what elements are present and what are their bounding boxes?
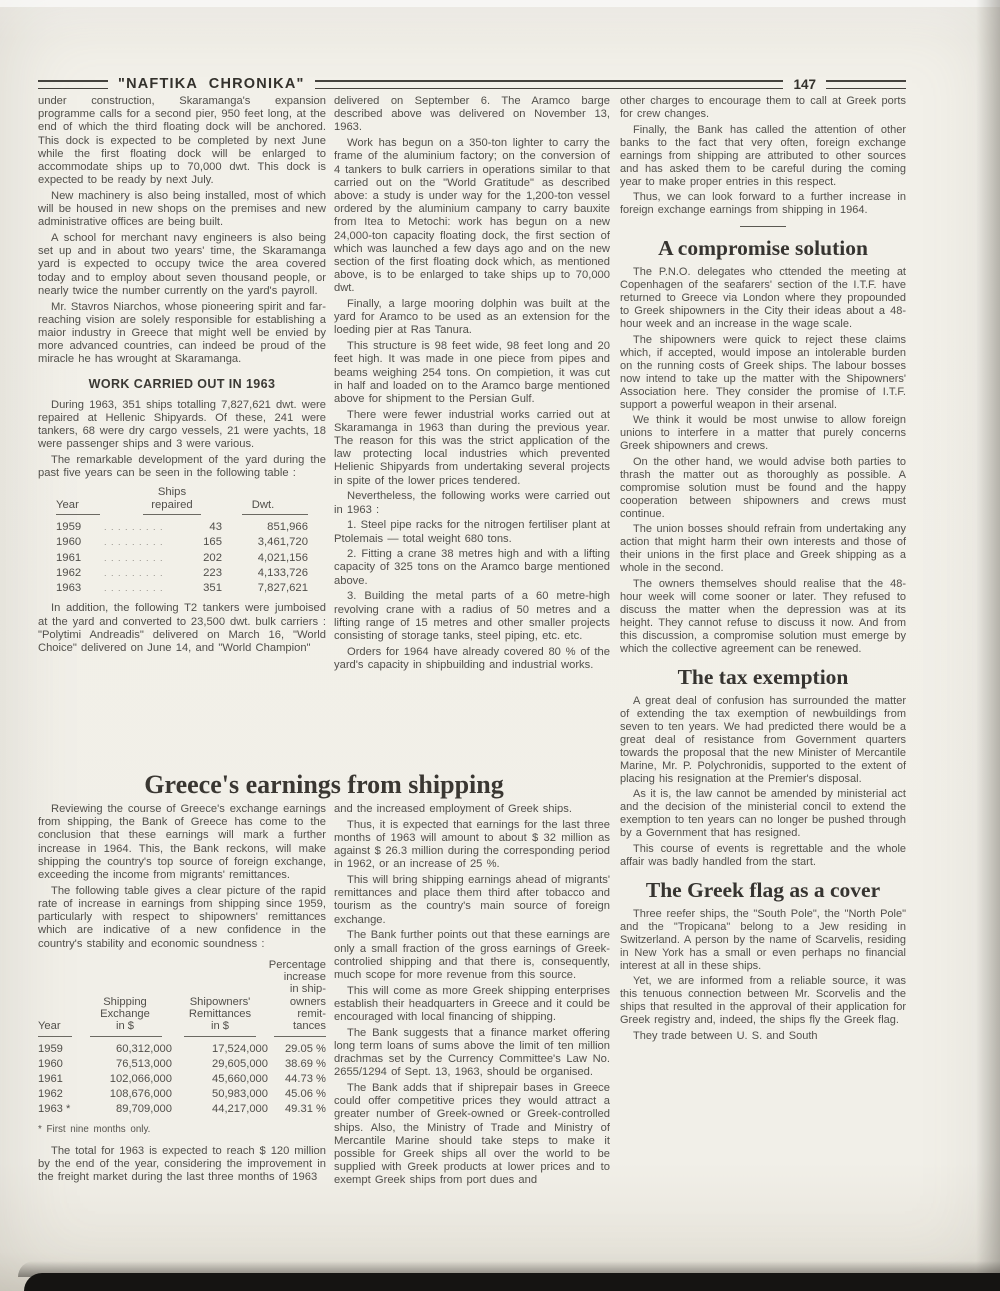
dot-leader: . . . . . . . . . [104,551,186,566]
year-cell: 1960 [38,1057,82,1072]
paragraph: In addition, the following T2 tankers we… [38,602,326,655]
dot-leader: . . . . . . . . . [104,566,186,581]
remittances-cell: 44,217,000 [172,1102,268,1117]
paragraph: other charges to encourage them to call … [620,95,906,121]
paragraph: and the increased employment of Greek sh… [334,803,610,816]
ships-repaired-table: Year Ships repaired Dwt. 1959 . . . . . … [56,486,308,596]
table-row: 1960 . . . . . . . . . 165 3,461,720 [56,535,308,550]
paragraph: This structure is 98 feet wide, 98 feet … [334,340,610,406]
headline-tax-exemption: The tax exemption [620,665,906,690]
paragraph: This course of events is regrettable and… [620,843,906,869]
year-header: Year [38,1020,78,1032]
paragraph: The Bank further points out that these e… [334,929,610,982]
remittances-header: Shipowners' Remittances in $ [172,996,268,1033]
year-header: Year [56,499,126,512]
year-cell: 1962 [38,1087,82,1102]
paragraph: This will bring shipping earnings ahead … [334,874,610,927]
paragraph: The Bank adds that if shiprepair bases i… [334,1082,610,1188]
year-cell: 1963 [56,581,104,596]
remittances-cell: 29,605,000 [172,1057,268,1072]
table-row: 1961 . . . . . . . . . 202 4,021,156 [56,551,308,566]
shipping-cell: 89,709,000 [82,1102,172,1117]
paragraph: Orders for 1964 have already covered 80 … [334,646,610,672]
dot-leader: . . . . . . . . . [104,581,186,596]
scanned-magazine-page: "NAFTIKA CHRONIKA" 147 under constructio… [0,0,1000,1291]
shipping-cell: 76,513,000 [82,1057,172,1072]
paragraph: The remarkable development of the yard d… [38,454,326,480]
dwt-cell: 3,461,720 [222,535,308,550]
shipping-cell: 60,312,000 [82,1042,172,1057]
section-divider-rule [740,226,786,227]
ships-repaired-header: Ships repaired [126,486,218,511]
section-heading-work-1963: WORK CARRIED OUT IN 1963 [38,377,326,391]
ships-cell: 223 [186,566,222,581]
paragraph: Reviewing the course of Greece's exchang… [38,803,326,882]
paragraph: Nevertheless, the following works were c… [334,490,610,516]
dot-leader: . . . . . . . . . [104,520,186,535]
year-cell: 1959 [38,1042,82,1057]
percentage-cell: 38.69 % [268,1057,326,1072]
journal-title: "NAFTIKA CHRONIKA" [118,76,305,92]
paragraph: Thus, we can look forward to a further i… [620,191,906,217]
remittances-cell: 45,660,000 [172,1072,268,1087]
percentage-cell: 49.31 % [268,1102,326,1117]
paragraph: New machinery is also being installed, m… [38,190,326,230]
paragraph: The shipowners were quick to reject thes… [620,334,906,412]
year-cell: 1962 [56,566,104,581]
table-row: 1962 . . . . . . . . . 223 4,133,726 [56,566,308,581]
table-footnote: * First nine months only. [38,1124,326,1135]
table-row: 1960 76,513,000 29,605,000 38.69 % [38,1057,326,1072]
page-number: 147 [793,77,816,92]
paragraph: On the other hand, we would advise both … [620,456,906,521]
table-row: 1963 * 89,709,000 44,217,000 49.31 % [38,1102,326,1117]
page-header: "NAFTIKA CHRONIKA" 147 [38,76,906,92]
table-header-row: Year Ships repaired Dwt. [56,486,308,511]
paragraph: The following table gives a clear pictur… [38,885,326,951]
paragraph: delivered on September 6. The Aramco bar… [334,95,610,135]
paragraph: Yet, we are informed from a reliable sou… [620,975,906,1027]
paragraph: Finally, a large mooring dolphin was bui… [334,298,610,338]
year-cell: 1963 * [38,1102,82,1117]
table-header-row: Year Shipping Exchange in $ Shipowners' … [38,959,326,1033]
paragraph: 2. Fitting a crane 38 metres high and wi… [334,548,610,588]
dwt-cell: 7,827,621 [222,581,308,596]
table-row: 1961 102,066,000 45,660,000 44.73 % [38,1072,326,1087]
dwt-cell: 4,021,156 [222,551,308,566]
paragraph: Finally, the Bank has called the attenti… [620,124,906,189]
paragraph: There were fewer industrial works carrie… [334,409,610,488]
dwt-header: Dwt. [218,499,308,512]
percentage-cell: 29.05 % [268,1042,326,1057]
table-row: 1962 108,676,000 50,983,000 45.06 % [38,1087,326,1102]
percentage-header: Percentage increase in ship- owners remi… [268,959,326,1033]
paragraph: under construction, Skaramanga's expansi… [38,95,326,187]
paragraph: Three reefer ships, the "South Pole", th… [620,908,906,973]
paragraph: Mr. Stavros Niarchos, whose pioneering s… [38,301,326,367]
dot-leader: . . . . . . . . . [104,535,186,550]
column-2-top: delivered on September 6. The Aramco bar… [334,95,610,675]
paragraph: During 1963, 351 ships totalling 7,827,6… [38,399,326,452]
table-row: 1963 . . . . . . . . . 351 7,827,621 [56,581,308,596]
paragraph: We think it would be most unwise to allo… [620,414,906,453]
paragraph: This will come as more Greek shipping en… [334,985,610,1025]
table-row: 1959 60,312,000 17,524,000 29.05 % [38,1042,326,1057]
column-1-top: under construction, Skaramanga's expansi… [38,95,326,658]
paragraph: As it is, the law cannot be amended by m… [620,788,906,840]
paragraph: The P.N.O. delegates who cttended the me… [620,266,906,331]
ships-cell: 351 [186,581,222,596]
dwt-cell: 851,966 [222,520,308,535]
double-rule [315,80,784,89]
paragraph: A school for merchant navy engineers is … [38,232,326,298]
shipping-cell: 102,066,000 [82,1072,172,1087]
scanner-bed-edge [24,1273,1000,1291]
remittances-cell: 17,524,000 [172,1042,268,1057]
percentage-cell: 44.73 % [268,1072,326,1087]
page-right-edge [976,0,1000,1291]
earnings-table: Year Shipping Exchange in $ Shipowners' … [38,959,326,1135]
double-rule [826,80,906,89]
column-1-bottom: Reviewing the course of Greece's exchang… [38,803,326,1187]
paragraph: Work has begun on a 350-ton lighter to c… [334,137,610,295]
paragraph: They trade between U. S. and South [620,1030,906,1043]
headline-greek-flag-cover: The Greek flag as a cover [620,878,906,903]
header-rules [56,514,308,515]
dwt-cell: 4,133,726 [222,566,308,581]
paragraph: A great deal of confusion has surrounded… [620,695,906,786]
paragraph: 3. Building the metal parts of a 60 metr… [334,590,610,643]
double-rule [38,80,108,89]
year-cell: 1961 [56,551,104,566]
shipping-cell: 108,676,000 [82,1087,172,1102]
paragraph: The union bosses should refrain from und… [620,523,906,575]
headline-compromise-solution: A compromise solution [620,236,906,261]
paragraph: The Bank suggests that a finance market … [334,1027,610,1080]
paragraph: 1. Steel pipe racks for the nitrogen fer… [334,519,610,545]
shipping-exchange-header: Shipping Exchange in $ [78,996,172,1033]
year-cell: 1960 [56,535,104,550]
paragraph: The owners themselves should realise tha… [620,578,906,656]
year-cell: 1959 [56,520,104,535]
paragraph: Thus, it is expected that earnings for t… [334,819,610,872]
remittances-cell: 50,983,000 [172,1087,268,1102]
header-rules [38,1036,326,1037]
ships-cell: 202 [186,551,222,566]
column-2-bottom: and the increased employment of Greek sh… [334,803,610,1190]
percentage-cell: 45.06 % [268,1087,326,1102]
column-3: other charges to encourage them to call … [620,95,906,1045]
page-top-edge [0,0,1000,7]
ships-cell: 165 [186,535,222,550]
ships-cell: 43 [186,520,222,535]
headline-greece-earnings: Greece's earnings from shipping [38,770,610,800]
table-row: 1959 . . . . . . . . . 43 851,966 [56,520,308,535]
year-cell: 1961 [38,1072,82,1087]
paragraph: The total for 1963 is expected to reach … [38,1145,326,1185]
